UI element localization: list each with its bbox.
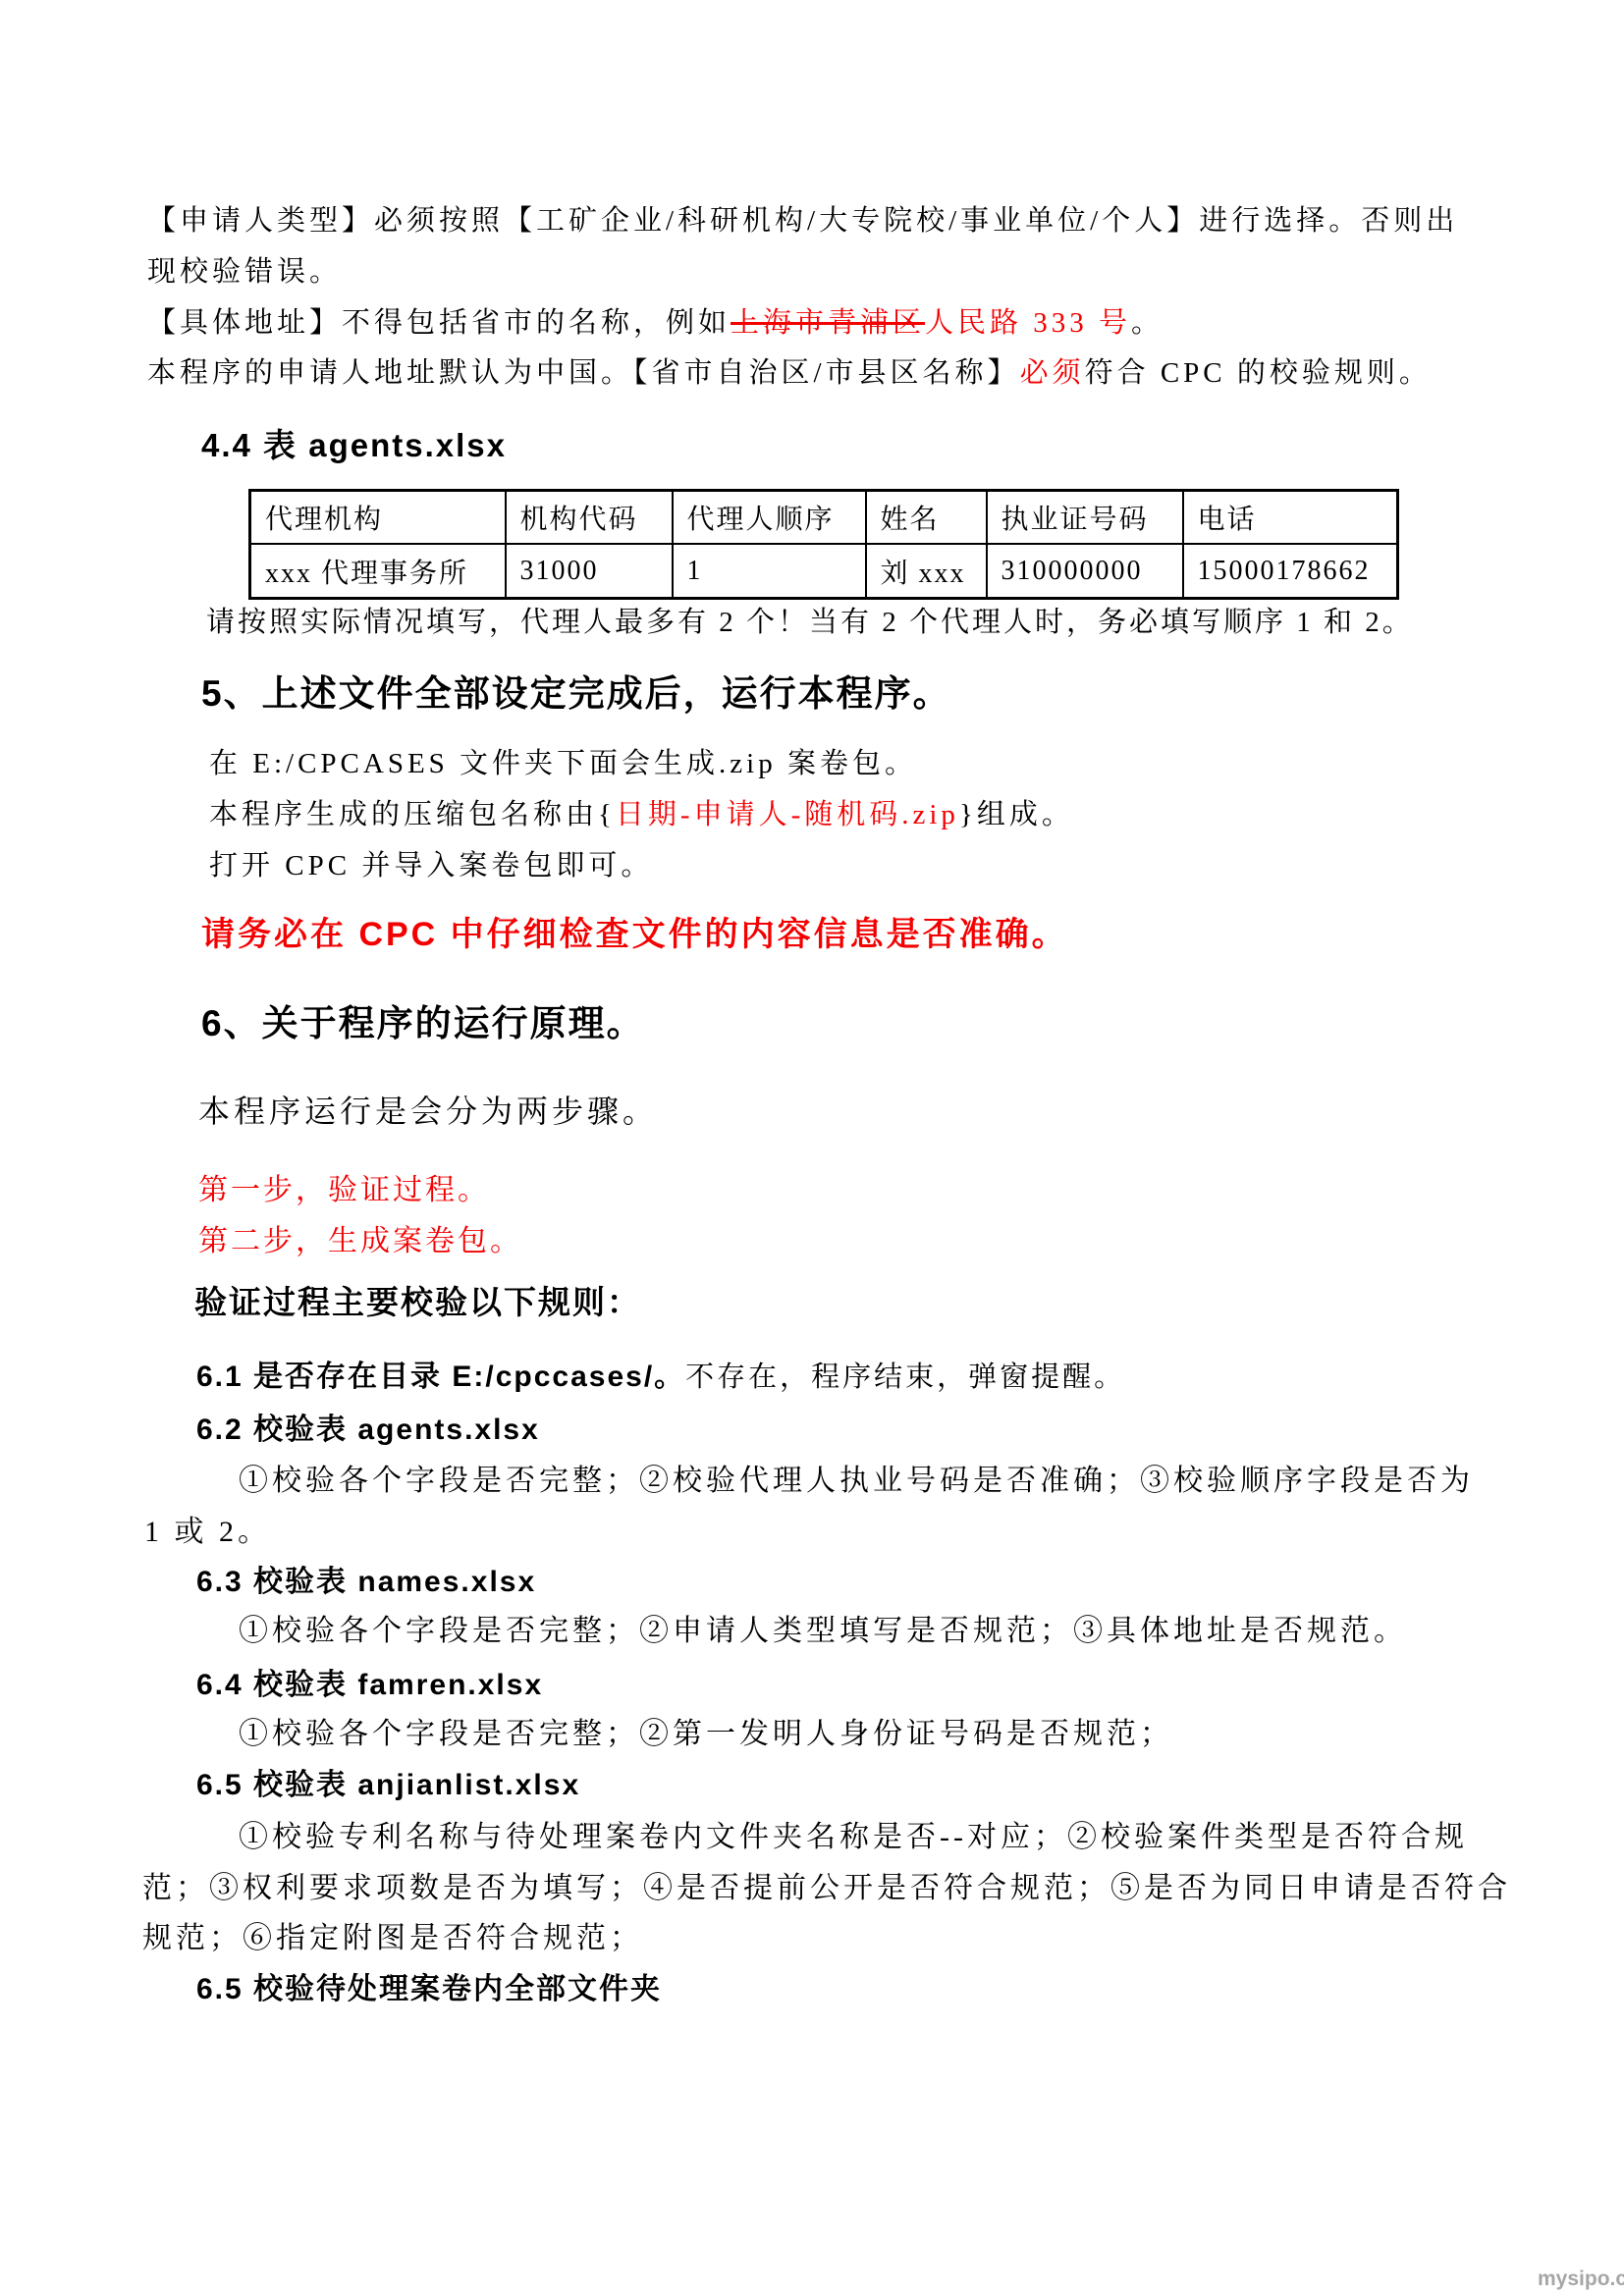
intro-line-1: 【申请人类型】必须按照【工矿企业/科研机构/大专院校/事业单位/个人】进行选择。… — [147, 203, 1458, 239]
cell-agent-order: 1 — [673, 544, 866, 599]
section-4-4-heading: 4.4 表 agents.xlsx — [201, 425, 507, 465]
cell-agency-code: 31000 — [506, 544, 673, 599]
cell-phone: 15000178662 — [1183, 544, 1398, 599]
section-5-heading: 5、上述文件全部设定完成后，运行本程序。 — [201, 671, 951, 717]
cpc-check-warning: 请务必在 CPC 中仔细检查文件的内容信息是否准确。 — [201, 914, 1068, 956]
item-6-4-heading: 6.4 校验表 famren.xlsx — [196, 1667, 543, 1704]
header-cell-license-no: 执业证号码 — [987, 491, 1183, 545]
section-5-line-1: 在 E:/CPCASES 文件夹下面会生成.zip 案卷包。 — [209, 746, 917, 781]
zip-name-pattern-red: 日期-申请人-随机码.zip — [616, 799, 959, 830]
cell-name: 刘 xxx — [866, 544, 987, 599]
two-steps-intro: 本程序运行是会分为两步骤。 — [198, 1092, 658, 1131]
agents-table-note: 请按照实际情况填写，代理人最多有 2 个！当有 2 个代理人时，务必填写顺序 1… — [206, 605, 1414, 640]
rules-heading: 验证过程主要校验以下规则： — [194, 1282, 641, 1322]
zip-name-suffix: }组成。 — [959, 799, 1074, 830]
item-6-5-heading: 6.5 校验表 anjianlist.xlsx — [196, 1767, 580, 1804]
item-6-1-rest: 不存在，程序结束，弹窗提醒。 — [685, 1362, 1125, 1393]
header-cell-phone: 电话 — [1183, 491, 1398, 545]
address-example-red: 人民路 333 号 — [925, 307, 1131, 339]
address-rule-period: 。 — [1131, 307, 1164, 339]
step-1-text: 第一步，验证过程。 — [198, 1172, 490, 1209]
item-6-1-bold: 6.1 是否存在目录 E:/cpccases/。 — [196, 1361, 685, 1393]
item-6-3-content-line-1: ①校验各个字段是否完整；②申请人类型填写是否规范；③具体地址是否规范。 — [239, 1613, 1407, 1650]
must-word-red: 必须 — [1020, 357, 1085, 389]
item-6-5-content-line-2: 范；③权利要求项数是否为填写；④是否提前公开是否符合规范；⑤是否为同日申请是否符… — [142, 1870, 1511, 1907]
item-6-3-heading: 6.3 校验表 names.xlsx — [196, 1564, 536, 1601]
item-6-5-content-line-3: 规范；⑥指定附图是否符合规范； — [142, 1920, 643, 1957]
header-cell-agent-order: 代理人顺序 — [673, 491, 866, 545]
document-page: { "colors": { "red": "#f40000", "text": … — [0, 0, 1624, 2296]
item-6-4-content-line-1: ①校验各个字段是否完整；②第一发明人身份证号码是否规范； — [239, 1716, 1173, 1753]
header-cell-agency-code: 机构代码 — [506, 491, 673, 545]
intro-line-3: 【具体地址】不得包括省市的名称，例如上海市青浦区人民路 333 号。 — [147, 305, 1164, 341]
section-5-line-3: 打开 CPC 并导入案卷包即可。 — [209, 848, 653, 883]
site-watermark: mysipo.com — [1538, 2268, 1624, 2291]
intro-line-4: 本程序的申请人地址默认为中国。【省市自治区/市县区名称】必须符合 CPC 的校验… — [147, 355, 1432, 391]
item-6-5b-heading: 6.5 校验待处理案卷内全部文件夹 — [196, 1971, 662, 2008]
agents-table: 代理机构 机构代码 代理人顺序 姓名 执业证号码 电话 xxx 代理事务所 31… — [248, 489, 1399, 600]
cpc-rule-text: 符合 CPC 的校验规则。 — [1085, 357, 1432, 389]
address-example-strikethrough: 上海市青浦区 — [731, 307, 925, 339]
item-6-2-content-line-1: ①校验各个字段是否完整；②校验代理人执业号码是否准确；③校验顺序字段是否为 — [239, 1463, 1474, 1500]
cell-agency: xxx 代理事务所 — [250, 544, 506, 599]
item-6-5-content-line-1: ①校验专利名称与待处理案卷内文件夹名称是否--对应；②校验案件类型是否符合规 — [239, 1819, 1468, 1856]
address-rule-text: 【具体地址】不得包括省市的名称，例如 — [147, 307, 731, 339]
agents-table-data-row: xxx 代理事务所 31000 1 刘 xxx 310000000 150001… — [250, 544, 1398, 599]
header-cell-agency: 代理机构 — [250, 491, 506, 545]
intro-line-2: 现校验错误。 — [147, 254, 342, 290]
agents-table-header-row: 代理机构 机构代码 代理人顺序 姓名 执业证号码 电话 — [250, 491, 1398, 545]
item-6-2-heading: 6.2 校验表 agents.xlsx — [196, 1412, 540, 1449]
default-address-text: 本程序的申请人地址默认为中国。【省市自治区/市县区名称】 — [147, 357, 1020, 389]
section-6-heading: 6、关于程序的运行原理。 — [201, 1001, 645, 1046]
item-6-1: 6.1 是否存在目录 E:/cpccases/。不存在，程序结束，弹窗提醒。 — [196, 1359, 1125, 1396]
zip-name-prefix: 本程序生成的压缩包名称由{ — [209, 799, 616, 830]
step-2-text: 第二步，生成案卷包。 — [198, 1223, 522, 1260]
section-5-line-2: 本程序生成的压缩包名称由{日期-申请人-随机码.zip}组成。 — [209, 797, 1074, 832]
cell-license-no: 310000000 — [987, 544, 1183, 599]
header-cell-name: 姓名 — [866, 491, 987, 545]
item-6-2-content-line-2: 1 或 2。 — [144, 1514, 271, 1551]
